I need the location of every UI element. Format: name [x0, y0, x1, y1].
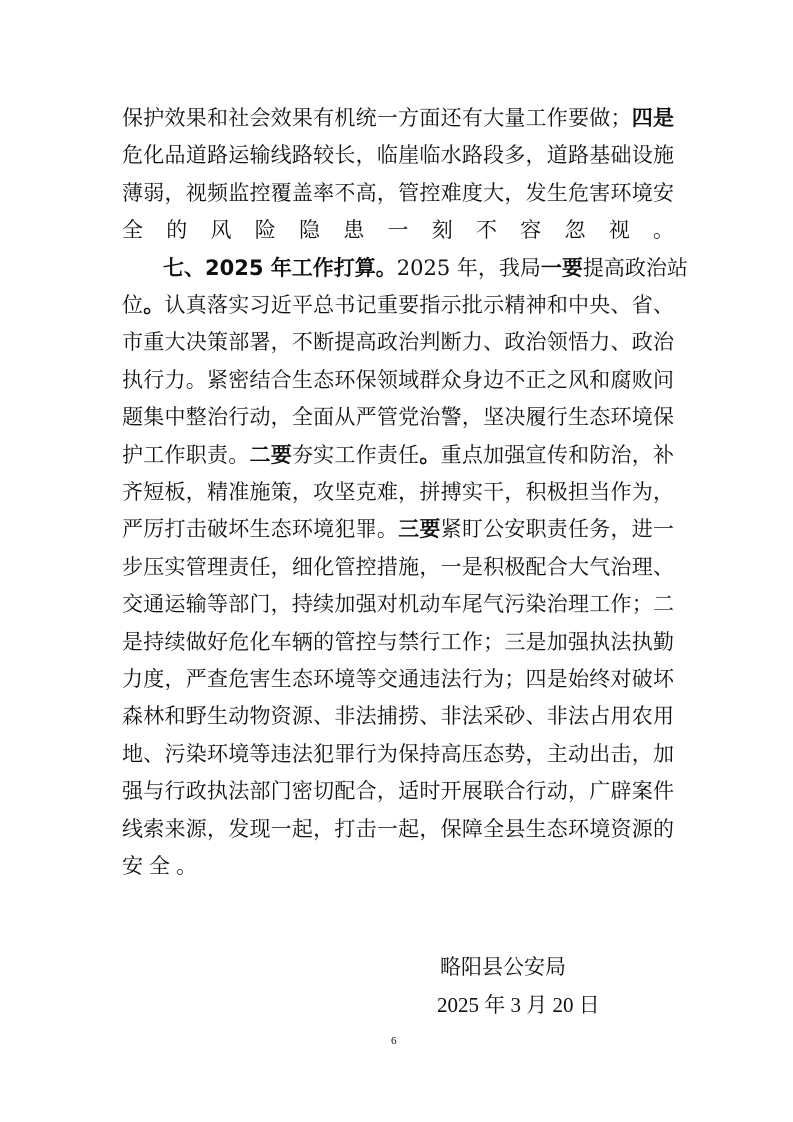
bold-text: 七、2025 年工作打算。	[163, 256, 397, 280]
text-run: 强与行政执法部门密切配合，适时开展联合行动，广辟案件	[122, 779, 674, 803]
text-run: 执行力。紧密结合生态环保领域群众身边不正之风和腐败问	[122, 368, 674, 392]
text-run: 护工作职责。	[122, 443, 249, 467]
signature-date: 2025 年 3 月 20 日	[437, 990, 600, 1020]
text-line: 位。认真落实习近平总书记重要指示批示精神和中央、省、	[122, 290, 674, 320]
text-line: 执行力。紧密结合生态环保领域群众身边不正之风和腐败问	[122, 365, 674, 395]
text-line: 森林和野生动物资源、非法捕捞、非法采砂、非法占用农用	[122, 701, 674, 731]
text-run: 严厉打击破坏生态环境犯罪。	[122, 517, 398, 541]
bold-text: 。	[143, 293, 164, 317]
text-run: 是持续做好危化车辆的管控与禁行工作；三是加强执法执勤	[122, 630, 674, 654]
text-line: 齐短板，精准施策，攻坚克难，拼搏实干，积极担当作为，	[122, 477, 674, 507]
bold-text: 。	[419, 443, 440, 467]
text-run: 薄弱，视频监控覆盖率不高，管控难度大，发生危害环境安	[122, 181, 674, 205]
text-line: 线索来源，发现一起，打击一起，保障全县生态环境资源的	[122, 814, 674, 844]
text-line: 题集中整治行动，全面从严管党治警，坚决履行生态环境保	[122, 402, 674, 432]
text-line: 薄弱，视频监控覆盖率不高，管控难度大，发生危害环境安	[122, 178, 674, 208]
text-line: 力度，严查危害生态环境等交通违法行为；四是始终对破坏	[122, 664, 674, 694]
text-line: 强与行政执法部门密切配合，适时开展联合行动，广辟案件	[122, 776, 674, 806]
text-run: 位	[122, 293, 143, 317]
text-run: 认真落实习近平总书记重要指示批示精神和中央、省、	[165, 293, 675, 317]
text-line: 危化品道路运输线路较长，临崖临水路段多，道路基础设施	[122, 140, 674, 170]
text-line: 步压实管理责任，细化管控措施，一是积极配合大气治理、	[122, 552, 674, 582]
text-line: 全的风险隐患一刻不容忽视。	[122, 215, 674, 245]
text-run: 地、污染环境等违法犯罪行为保持高压态势，主动出击，加	[122, 742, 674, 766]
text-line: 市重大决策部署，不断提高政治判断力、政治领悟力、政治	[122, 327, 674, 357]
text-line: 保护效果和社会效果有机统一方面还有大量工作要做；四是	[122, 103, 674, 133]
bold-text: 一要	[541, 256, 583, 280]
text-run: 保护效果和社会效果有机统一方面还有大量工作要做；	[122, 106, 632, 130]
text-run: 市重大决策部署，不断提高政治判断力、政治领悟力、政治	[122, 330, 674, 354]
page-number: 6	[391, 1035, 397, 1047]
text-line: 地、污染环境等违法犯罪行为保持高压态势，主动出击，加	[122, 739, 674, 769]
text-run: 紧盯公安职责任务，进一	[441, 517, 674, 541]
text-run: 夯实工作责任	[292, 443, 419, 467]
text-run: 提高政治站	[583, 256, 688, 280]
text-run: 线索来源，发现一起，打击一起，保障全县生态环境资源的	[122, 817, 674, 841]
text-line: 七、2025 年工作打算。2025 年，我局一要提高政治站	[163, 253, 674, 283]
text-line: 严厉打击破坏生态环境犯罪。三要紧盯公安职责任务，进一	[122, 514, 674, 544]
text-line: 交通运输等部门，持续加强对机动车尾气污染治理工作；二	[122, 589, 674, 619]
text-run: 全的风险隐患一刻不容忽视。	[122, 218, 674, 242]
text-line: 安全。	[122, 851, 674, 881]
text-run: 齐短板，精准施策，攻坚克难，拼搏实干，积极担当作为，	[122, 480, 674, 504]
text-run: 题集中整治行动，全面从严管党治警，坚决履行生态环境保	[122, 405, 674, 429]
bold-text: 三要	[398, 517, 440, 541]
text-run: 2025 年，我局	[397, 256, 541, 280]
text-line: 是持续做好危化车辆的管控与禁行工作；三是加强执法执勤	[122, 627, 674, 657]
text-run: 重点加强宣传和防治，补	[441, 443, 674, 467]
text-run: 危化品道路运输线路较长，临崖临水路段多，道路基础设施	[122, 143, 674, 167]
text-run: 森林和野生动物资源、非法捕捞、非法采砂、非法占用农用	[122, 704, 674, 728]
bold-text: 四是	[632, 106, 674, 130]
bold-text: 二要	[249, 443, 291, 467]
text-run: 交通运输等部门，持续加强对机动车尾气污染治理工作；二	[122, 592, 674, 616]
text-run: 安全。	[122, 854, 203, 878]
text-run: 力度，严查危害生态环境等交通违法行为；四是始终对破坏	[122, 667, 674, 691]
signature-organization: 略阳县公安局	[440, 952, 566, 982]
document-page: 保护效果和社会效果有机统一方面还有大量工作要做；四是危化品道路运输线路较长，临崖…	[0, 0, 793, 1122]
text-line: 护工作职责。二要夯实工作责任。重点加强宣传和防治，补	[122, 440, 674, 470]
text-run: 步压实管理责任，细化管控措施，一是积极配合大气治理、	[122, 555, 674, 579]
